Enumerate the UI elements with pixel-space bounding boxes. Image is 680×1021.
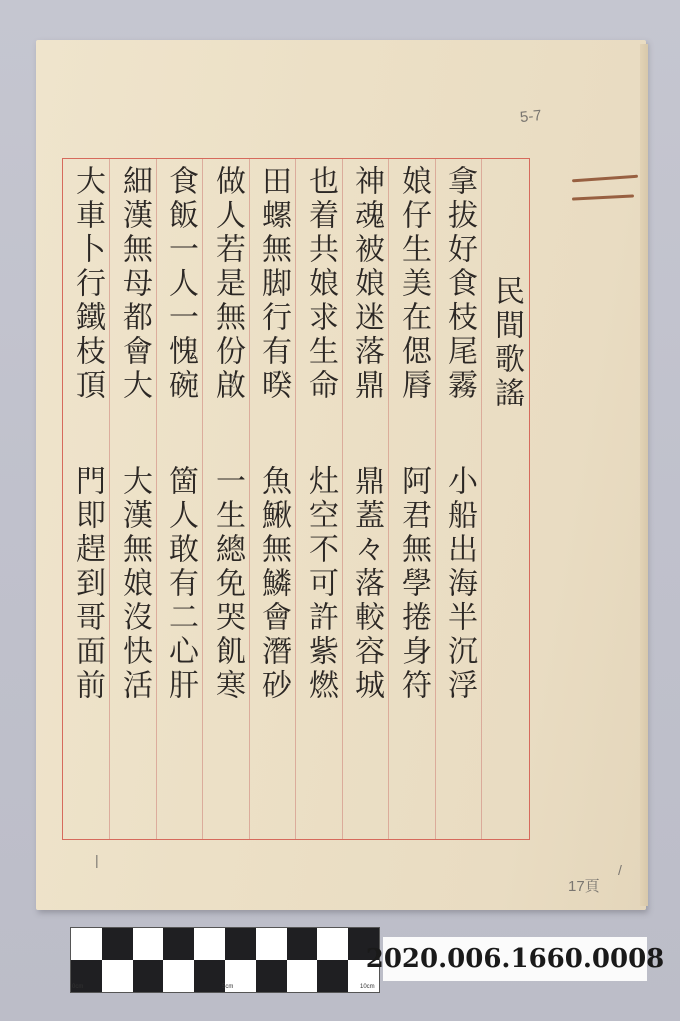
archive-number-annotation: 5-7 bbox=[519, 107, 542, 126]
accession-number-label: 2020.006.1660.0008 bbox=[383, 937, 647, 981]
verse-line: 門即趕到哥面前 bbox=[72, 465, 102, 703]
page-stack-edge bbox=[640, 44, 648, 906]
verse-column-4: 也着共娘求生命 灶空不可許紫燃 bbox=[297, 165, 343, 833]
verse-line: 田螺無脚行有暌 bbox=[258, 165, 288, 403]
verse-column-9: 大車卜行鐵枝頂 門即趕到哥面前 bbox=[64, 165, 110, 833]
scale-label: 10cm bbox=[360, 984, 375, 990]
pencil-tick: | bbox=[95, 852, 99, 868]
verse-line: 拿拔好食枝尾霧 bbox=[444, 165, 474, 403]
page-number-annotation: 17頁 bbox=[568, 875, 600, 896]
verse-line: 娘仔生美在偲脣 bbox=[398, 165, 428, 403]
verse-line: 鼎蓋々落較容城 bbox=[351, 465, 381, 703]
verse-line: 一生總免哭飢寒 bbox=[212, 465, 242, 703]
verse-line: 也着共娘求生命 bbox=[305, 165, 335, 403]
verse-line: 食飯一人一愧碗 bbox=[165, 165, 195, 403]
verse-line: 大車卜行鐵枝頂 bbox=[72, 165, 102, 403]
verse-column-1: 拿拔好食枝尾霧 小船出海半沉浮 bbox=[436, 165, 482, 833]
verse-line: 灶空不可許紫燃 bbox=[305, 465, 335, 703]
verse-column-6: 做人若是無份啟 一生總免哭飢寒 bbox=[204, 165, 250, 833]
pencil-tick: / bbox=[618, 862, 622, 878]
verse-column-5: 田螺無脚行有暌 魚鰍無鱗會潛砂 bbox=[250, 165, 296, 833]
verse-line: 做人若是無份啟 bbox=[212, 165, 242, 403]
verse-column-8: 細漢無母都會大 大漢無娘沒快活 bbox=[111, 165, 157, 833]
document-title: 民間歌謠 bbox=[491, 275, 521, 411]
verse-line: 小船出海半沉浮 bbox=[444, 465, 474, 703]
verse-column-7: 食飯一人一愧碗 箇人敢有二心肝 bbox=[157, 165, 203, 833]
title-column: 民間歌謠 bbox=[483, 165, 529, 833]
verse-line: 神魂被娘迷落鼎 bbox=[351, 165, 381, 403]
pronunciation-note: ㄨㄜˇ bbox=[228, 372, 239, 391]
verse-line: 細漢無母都會大 bbox=[119, 165, 149, 403]
scale-label: 5cm bbox=[222, 984, 233, 990]
scale-label: 0cm bbox=[72, 984, 83, 990]
verse-line: 箇人敢有二心肝 bbox=[165, 465, 195, 703]
ruled-frame: 民間歌謠 拿拔好食枝尾霧 小船出海半沉浮 娘仔生美在偲脣 阿君無學捲身符 神魂被… bbox=[62, 158, 530, 840]
verse-line: 阿君無學捲身符 bbox=[398, 465, 428, 703]
verse-column-3: 神魂被娘迷落鼎 鼎蓋々落較容城 bbox=[343, 165, 389, 833]
verse-column-2: 娘仔生美在偲脣 阿君無學捲身符 bbox=[390, 165, 436, 833]
verse-line: 大漢無娘沒快活 bbox=[119, 465, 149, 703]
verse-line: 魚鰍無鱗會潛砂 bbox=[258, 465, 288, 703]
